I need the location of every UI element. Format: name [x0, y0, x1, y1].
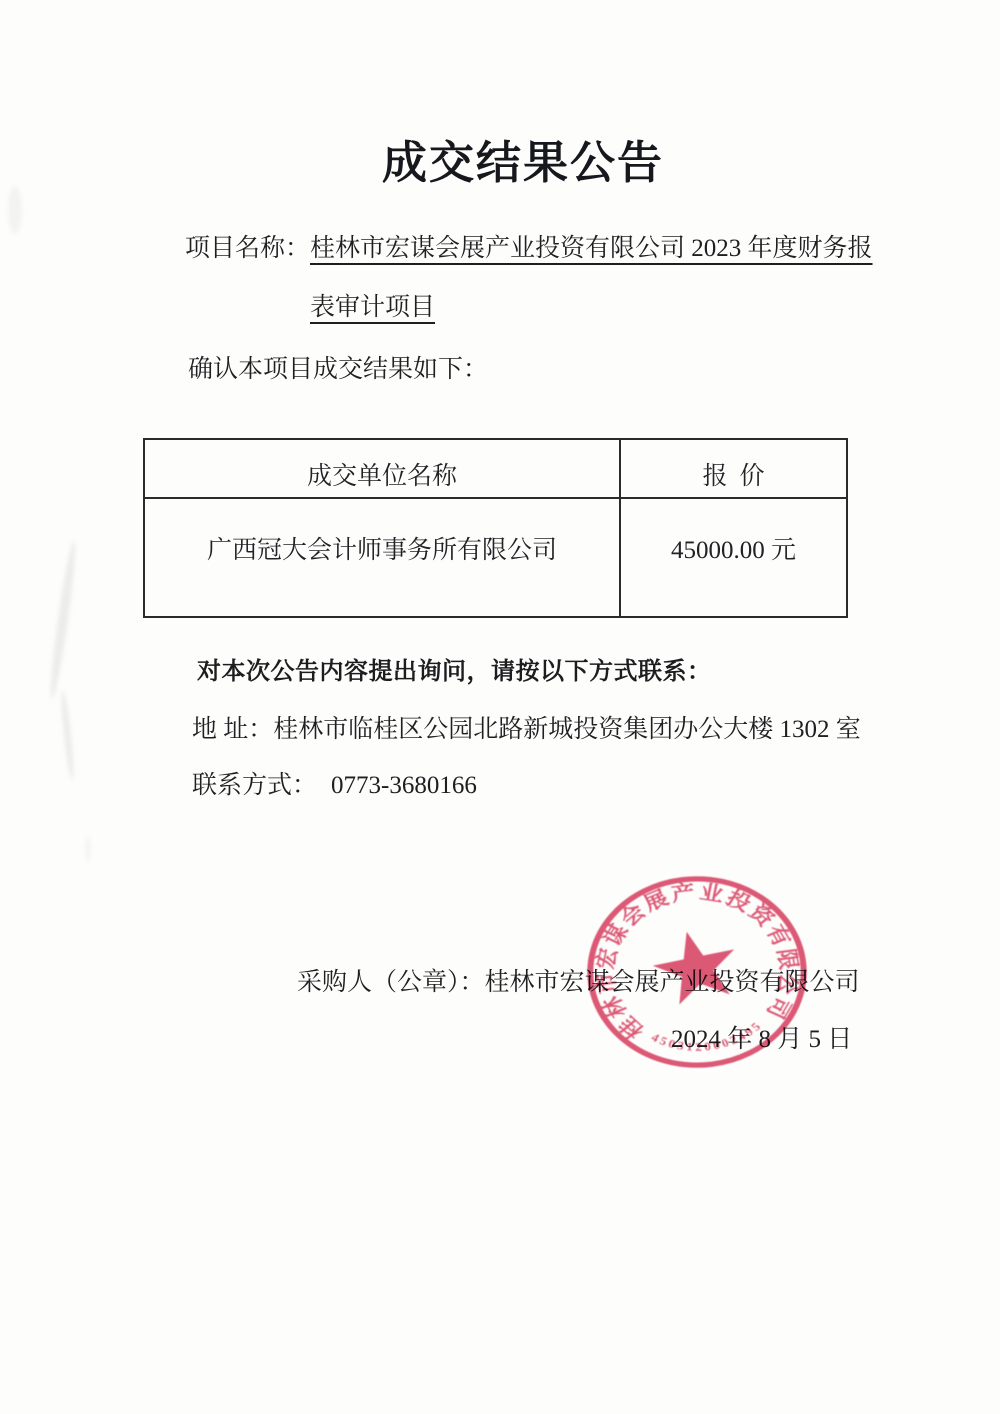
purchaser-signature-line: 采购人（公章）：桂林市宏谋会展产业投资有限公司 — [297, 967, 860, 998]
scan-artifact — [8, 186, 22, 234]
inquiry-instruction-line: 对本次公告内容提出询问，请按以下方式联系： — [197, 651, 712, 686]
svg-text:桂林市宏谋会展产业投资有限公司: 桂林市宏谋会展产业投资有限公司 — [578, 868, 811, 1047]
project-name-line1: 项目名称：桂林市宏谋会展产业投资有限公司 2023 年度财务报 — [185, 233, 873, 264]
project-name-value-line1: 桂林市宏谋会展产业投资有限公司 2023 年度财务报 — [310, 235, 873, 262]
purchaser-name: 桂林市宏谋会展产业投资有限公司 — [485, 969, 860, 996]
address-label: 地 址： — [192, 716, 273, 743]
scan-artifact — [59, 690, 75, 780]
result-table: 成交单位名称 报价 广西冠大会计师事务所有限公司 45000.00 元 — [143, 438, 848, 618]
scan-artifact — [86, 836, 90, 862]
address-value: 桂林市临桂区公园北路新城投资集团办公大楼 1302 室 — [273, 716, 861, 743]
project-name-label: 项目名称： — [185, 235, 310, 262]
announcement-date: 2024 年 8 月 5 日 — [671, 1024, 852, 1055]
announcement-document: 成交结果公告 项目名称：桂林市宏谋会展产业投资有限公司 2023 年度财务报 表… — [0, 0, 1000, 1414]
seal-company-text: 桂林市宏谋会展产业投资有限公司 — [578, 868, 811, 1047]
table-cell-price: 45000.00 元 — [619, 499, 846, 616]
page-title: 成交结果公告 — [0, 126, 1000, 191]
project-name-line2: 表审计项目 — [310, 292, 435, 323]
confirm-result-line: 确认本项目成交结果如下： — [188, 354, 488, 385]
address-line: 地 址：桂林市临桂区公园北路新城投资集团办公大楼 1302 室 — [192, 714, 861, 745]
purchaser-label: 采购人（公章）： — [297, 969, 485, 996]
project-name-value-line2: 表审计项目 — [310, 294, 435, 321]
table-header-supplier: 成交单位名称 — [145, 440, 619, 499]
phone-label: 联系方式： — [192, 772, 317, 799]
table-header-price: 报价 — [619, 440, 846, 499]
phone-line: 联系方式：0773-3680166 — [192, 770, 477, 801]
table-cell-supplier: 广西冠大会计师事务所有限公司 — [145, 499, 619, 616]
phone-value: 0773-3680166 — [331, 772, 477, 799]
scan-artifact — [47, 540, 79, 700]
